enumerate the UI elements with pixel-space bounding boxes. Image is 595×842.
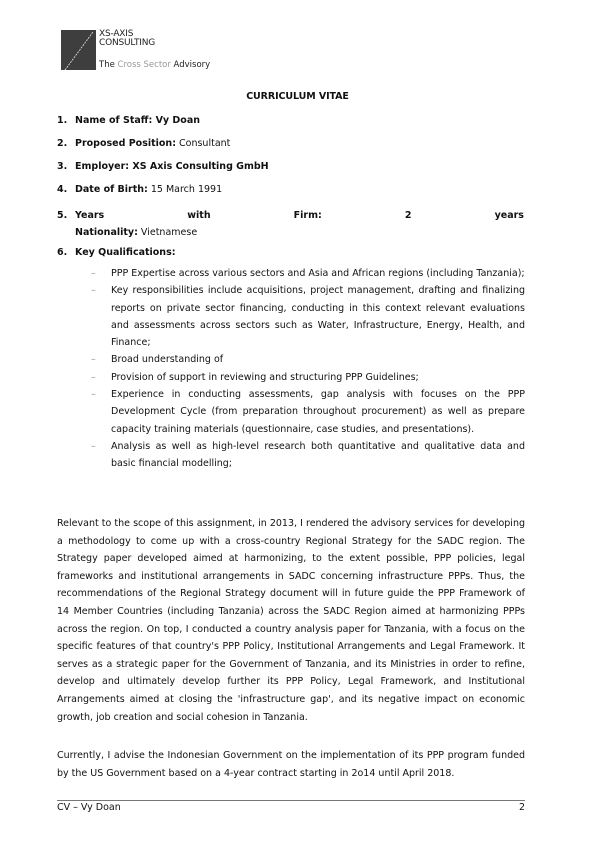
qualification-item: –Provision of support in reviewing and s… bbox=[86, 369, 525, 386]
qualification-text: Provision of support in reviewing and st… bbox=[111, 372, 419, 383]
item-label: Key Qualifications: bbox=[75, 247, 176, 258]
logo-tagline: The Cross Sector Advisory bbox=[99, 60, 210, 70]
item-label: Name of Staff: Vy Doan bbox=[75, 115, 200, 126]
dash-bullet-icon: – bbox=[91, 265, 96, 282]
item-number: 3. bbox=[57, 160, 67, 174]
item-proposed-position: 2. Proposed Position: Consultant bbox=[57, 137, 524, 151]
item-label: Proposed Position: bbox=[75, 138, 176, 149]
qualification-item: –Broad understanding of bbox=[86, 351, 525, 368]
item-employer: 3. Employer: XS Axis Consulting GmbH bbox=[57, 160, 524, 174]
word: Years bbox=[75, 207, 104, 224]
paragraph-sadc-experience: Relevant to the scope of this assignment… bbox=[57, 515, 525, 726]
item-number: 2. bbox=[57, 137, 67, 151]
footer-title: CV – Vy Doan bbox=[57, 802, 121, 813]
item-number: 6. bbox=[57, 246, 67, 260]
qualification-item: –Key responsibilities include acquisitio… bbox=[86, 282, 525, 351]
dash-bullet-icon: – bbox=[91, 438, 96, 455]
item-value: Consultant bbox=[176, 138, 230, 149]
dash-bullet-icon: – bbox=[91, 369, 96, 386]
dash-bullet-icon: – bbox=[91, 351, 96, 368]
qualification-text: Experience in conducting assessments, ga… bbox=[111, 389, 525, 435]
nationality-value: Vietnamese bbox=[138, 227, 197, 238]
qualification-text: Analysis as well as high-level research … bbox=[111, 441, 525, 469]
word: with bbox=[187, 207, 210, 224]
logo-mark bbox=[61, 30, 96, 70]
item-date-of-birth: 4. Date of Birth: 15 March 1991 bbox=[57, 183, 524, 197]
tagline-mid: Cross Sector bbox=[118, 60, 171, 70]
item-value: 15 March 1991 bbox=[148, 184, 222, 195]
logo-diagonal-icon bbox=[61, 30, 96, 70]
dash-bullet-icon: – bbox=[91, 282, 96, 299]
years-with-firm-line: Years with Firm: 2 years bbox=[75, 207, 524, 224]
qualification-item: –Analysis as well as high-level research… bbox=[86, 438, 525, 473]
word: years bbox=[495, 207, 524, 224]
word: Firm: bbox=[294, 207, 322, 224]
qualification-text: PPP Expertise across various sectors and… bbox=[111, 268, 525, 279]
nationality-line: Nationality: Vietnamese bbox=[75, 224, 524, 241]
qualification-item: –Experience in conducting assessments, g… bbox=[86, 386, 525, 438]
tagline-end: Advisory bbox=[171, 60, 210, 70]
company-logo: XS-AXIS CONSULTING The Cross Sector Advi… bbox=[61, 30, 211, 72]
qualification-item: –PPP Expertise across various sectors an… bbox=[86, 265, 525, 282]
qualification-text: Key responsibilities include acquisition… bbox=[111, 285, 525, 348]
qualifications-list: –PPP Expertise across various sectors an… bbox=[86, 265, 525, 473]
tagline-start: The bbox=[99, 60, 118, 70]
dash-bullet-icon: – bbox=[91, 386, 96, 403]
item-key-qualifications: 6. Key Qualifications: bbox=[57, 246, 524, 260]
nationality-label: Nationality: bbox=[75, 227, 138, 238]
item-label: Employer: XS Axis Consulting GmbH bbox=[75, 161, 269, 172]
item-label: Date of Birth: bbox=[75, 184, 148, 195]
item-number: 1. bbox=[57, 114, 67, 128]
page-number: 2 bbox=[515, 802, 525, 813]
qualification-text: Broad understanding of bbox=[111, 354, 223, 365]
document-title: CURRICULUM VITAE bbox=[0, 91, 595, 102]
item-number: 4. bbox=[57, 183, 67, 197]
paragraph-current-work: Currently, I advise the Indonesian Gover… bbox=[57, 747, 525, 782]
item-years-with-firm: 5. Years with Firm: 2 years Nationality:… bbox=[57, 207, 524, 241]
years-value: 2 bbox=[405, 207, 412, 224]
logo-line-2: CONSULTING bbox=[99, 39, 155, 48]
item-name-of-staff: 1. Name of Staff: Vy Doan bbox=[57, 114, 524, 128]
item-number: 5. bbox=[57, 207, 67, 224]
footer-divider bbox=[57, 800, 525, 801]
